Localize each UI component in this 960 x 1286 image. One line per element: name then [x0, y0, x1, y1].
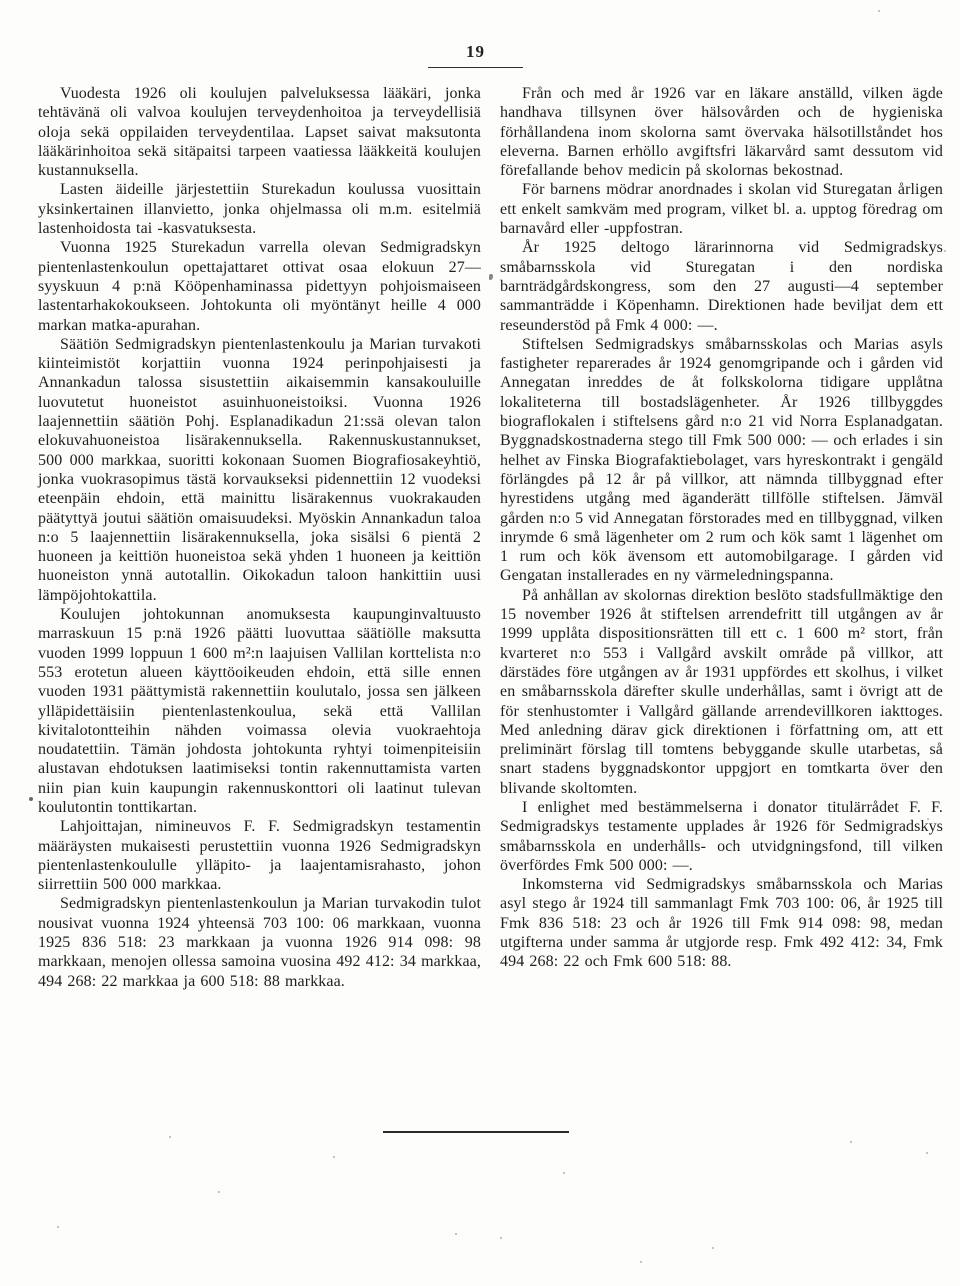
ink-speck: [563, 1172, 565, 1174]
paragraph-sv-3: År 1925 deltogo lärarinnorna vid Sedmigr…: [500, 238, 943, 334]
paragraph-sv-2: För barnens mödrar anordnades i skolan v…: [500, 180, 943, 238]
ink-speck: [712, 1247, 714, 1249]
ink-speck: [878, 10, 880, 12]
paragraph-sv-6: I enlighet med bestämmelserna i donator …: [500, 798, 943, 875]
ink-speck: [640, 1261, 642, 1263]
paragraph-fi-3: Vuonna 1925 Sturekadun varrella olevan S…: [38, 238, 481, 334]
paragraph-sv-1: Från och med år 1926 var en läkare anstä…: [500, 84, 943, 180]
ink-speck: [927, 818, 929, 820]
paragraph-fi-4: Säätiön Sedmigradskyn pientenlastenkoulu…: [38, 335, 481, 605]
paragraph-sv-4: Stiftelsen Sedmigradskys småbarnsskolas …: [500, 335, 943, 586]
paragraph-fi-7: Sedmigradskyn pientenlastenkoulun ja Mar…: [38, 894, 481, 990]
right-column-swedish: Från och med år 1926 var en läkare anstä…: [500, 84, 943, 991]
ink-speck: [29, 797, 33, 801]
ink-speck: [936, 400, 938, 402]
ink-speck: [850, 1141, 852, 1143]
paragraph-sv-5: På anhållan av skolornas direktion beslö…: [500, 586, 943, 798]
paragraph-fi-1: Vuodesta 1926 oli koulujen palveluksessa…: [38, 84, 481, 180]
document-page: 19 Vuodesta 1926 oli koulujen palvelukse…: [0, 0, 960, 1286]
page-number: 19: [418, 42, 533, 62]
ink-speck: [926, 1152, 928, 1154]
ink-speck: [930, 134, 932, 136]
ink-speck: [500, 1237, 502, 1239]
page-number-rule: [428, 67, 523, 68]
two-column-text-block: Vuodesta 1926 oli koulujen palveluksessa…: [38, 84, 943, 991]
ink-speck: [333, 1156, 335, 1158]
ink-speck: [944, 250, 946, 252]
bottom-divider-rule: [383, 1131, 569, 1133]
ink-speck: [57, 1226, 59, 1228]
ink-speck: [169, 1136, 171, 1138]
ink-speck: [455, 1233, 457, 1235]
left-column-finnish: Vuodesta 1926 oli koulujen palveluksessa…: [38, 84, 481, 991]
paragraph-fi-5: Koulujen johtokunnan anomuksesta kaupung…: [38, 605, 481, 817]
ink-speck: [218, 1191, 220, 1193]
paragraph-sv-7: Inkomsterna vid Sedmigradskys småbarnssk…: [500, 875, 943, 971]
paragraph-fi-2: Lasten äideille järjestettiin Sturekadun…: [38, 180, 481, 238]
paragraph-fi-6: Lahjoittajan, nimineuvos F. F. Sedmigrad…: [38, 817, 481, 894]
